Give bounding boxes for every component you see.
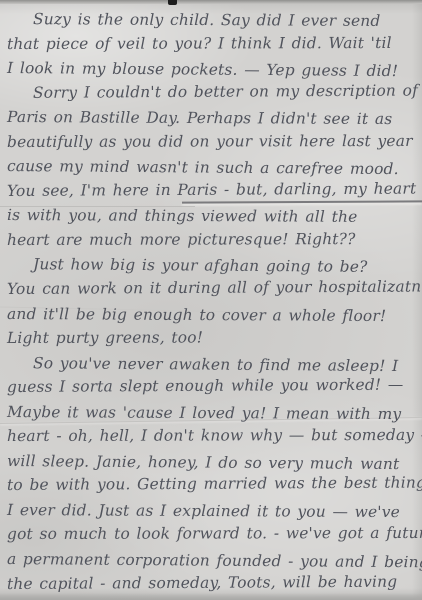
letter-line: that piece of veil to you? I think I did… xyxy=(7,30,420,56)
scan-edge-mark xyxy=(168,0,177,5)
letter-line: You can work on it during all of your ho… xyxy=(7,274,420,301)
letter-body: Suzy is the only child. Say did I ever s… xyxy=(7,7,420,600)
letter-line: to be with you. Getting married was the … xyxy=(7,471,420,498)
letter-page: Suzy is the only child. Say did I ever s… xyxy=(0,0,422,600)
letter-line: Suzy is the only child. Say did I ever s… xyxy=(7,7,420,34)
letter-line: Paris on Bastille Day. Perhaps I didn't … xyxy=(7,105,420,132)
letter-line: You see, I'm here in Paris - but, darlin… xyxy=(7,176,420,203)
letter-line: got so much to look forward to. - we've … xyxy=(7,521,420,547)
letter-line: Light purty greens, too! xyxy=(7,325,420,351)
letter-line: guess I sorta slept enough while you wor… xyxy=(7,373,420,400)
letter-line: is with you, and things viewed with all … xyxy=(7,203,420,230)
letter-line: the capital - and someday, Toots, will b… xyxy=(7,569,420,596)
letter-line: Sorry I couldn't do better on my descrip… xyxy=(7,78,420,105)
letter-line: heart are much more picturesque! Right?? xyxy=(7,227,420,253)
paper-top-edge-shadow xyxy=(0,0,422,4)
letter-line: beautifully as you did on your visit her… xyxy=(7,129,420,155)
letter-line: heart - oh, hell, I don't know why — but… xyxy=(7,423,420,449)
